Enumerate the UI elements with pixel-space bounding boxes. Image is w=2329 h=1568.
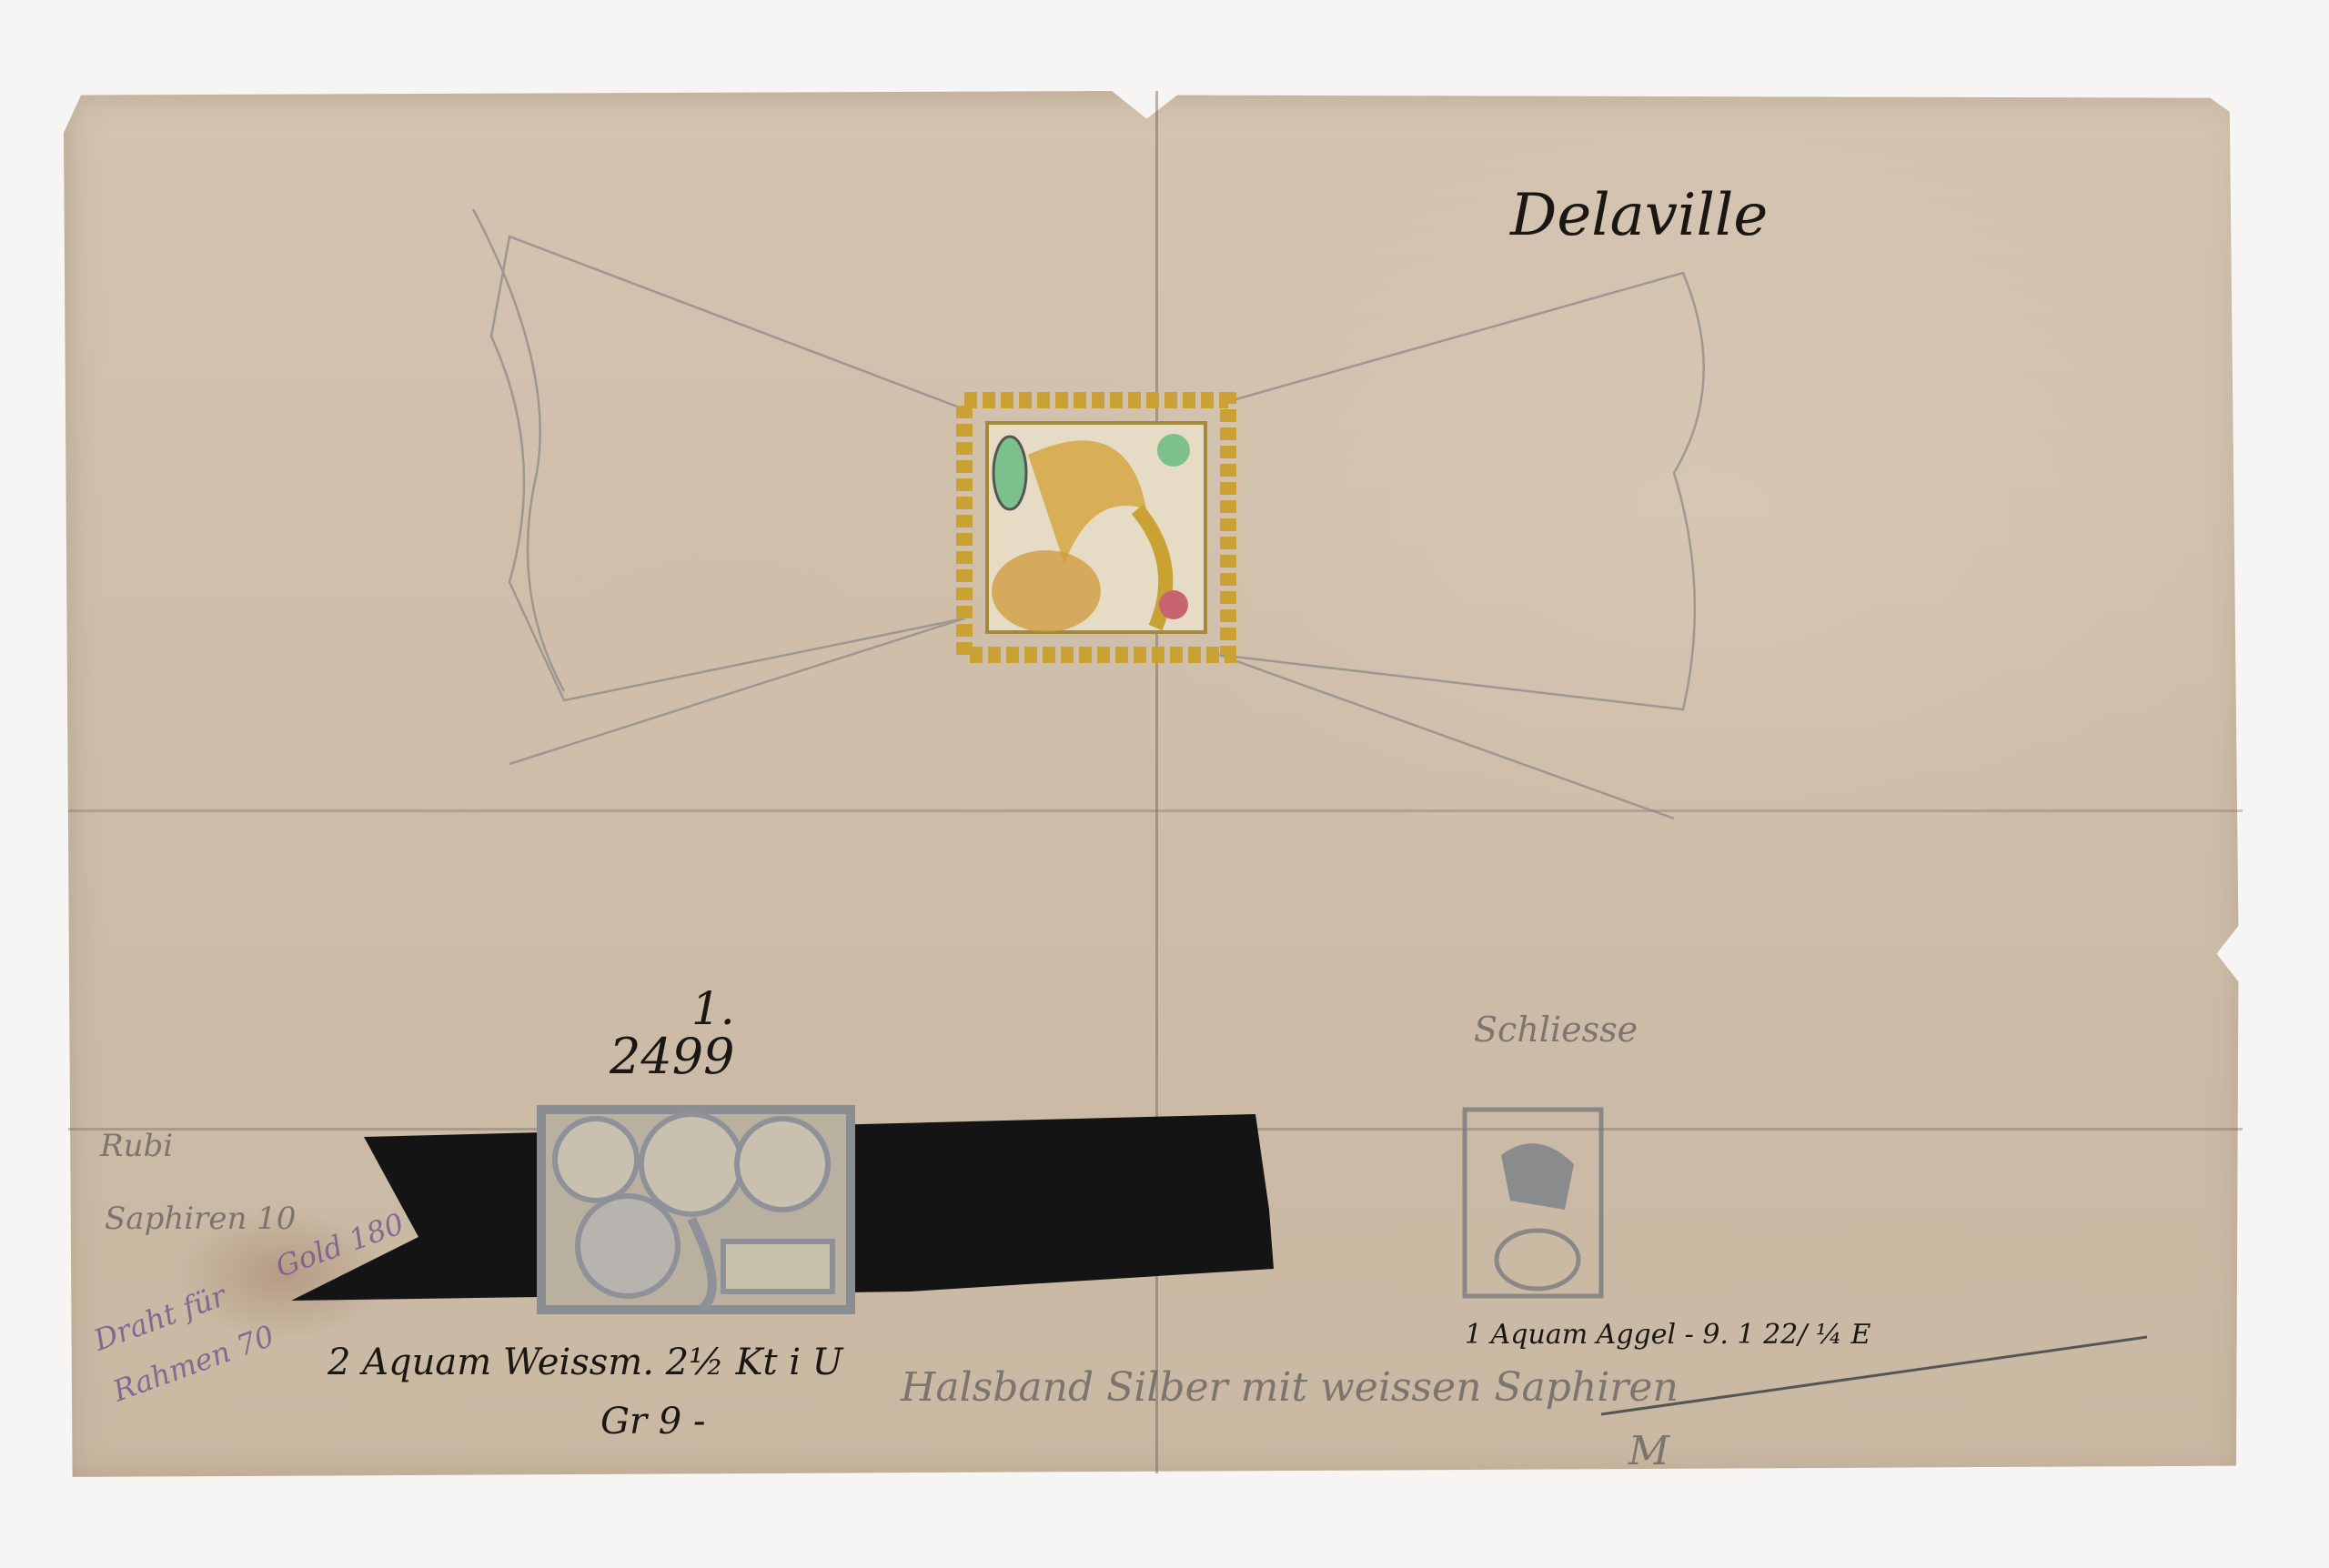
clasp-label-schliesse: Schliesse xyxy=(1474,1010,1638,1050)
left-caption-line2: Gr 9 - xyxy=(600,1401,705,1442)
clasp-drawing xyxy=(1465,1110,1601,1296)
bottom-pencil-small: M xyxy=(1628,1428,1669,1474)
item-number: 2499 xyxy=(610,1028,734,1085)
gold-brooch-drawing xyxy=(964,400,1228,655)
bottom-pencil-note: Halsband Silber mit weissen Saphiren xyxy=(901,1364,1679,1411)
signature-delaville: Delaville xyxy=(1510,182,1768,249)
bracelet-panel-drawing xyxy=(541,1110,851,1310)
sketch-drawings xyxy=(0,0,2329,1568)
pencil-note-rubi: Rubi xyxy=(100,1128,173,1164)
left-caption-line1: 2 Aquam Weissm. 2½ Kt i U xyxy=(328,1342,842,1383)
pencil-note-saphiren: Saphiren 10 xyxy=(105,1201,296,1237)
right-caption: 1 Aquam Aggel - 9. 1 22/ ¼ E xyxy=(1465,1319,1870,1351)
